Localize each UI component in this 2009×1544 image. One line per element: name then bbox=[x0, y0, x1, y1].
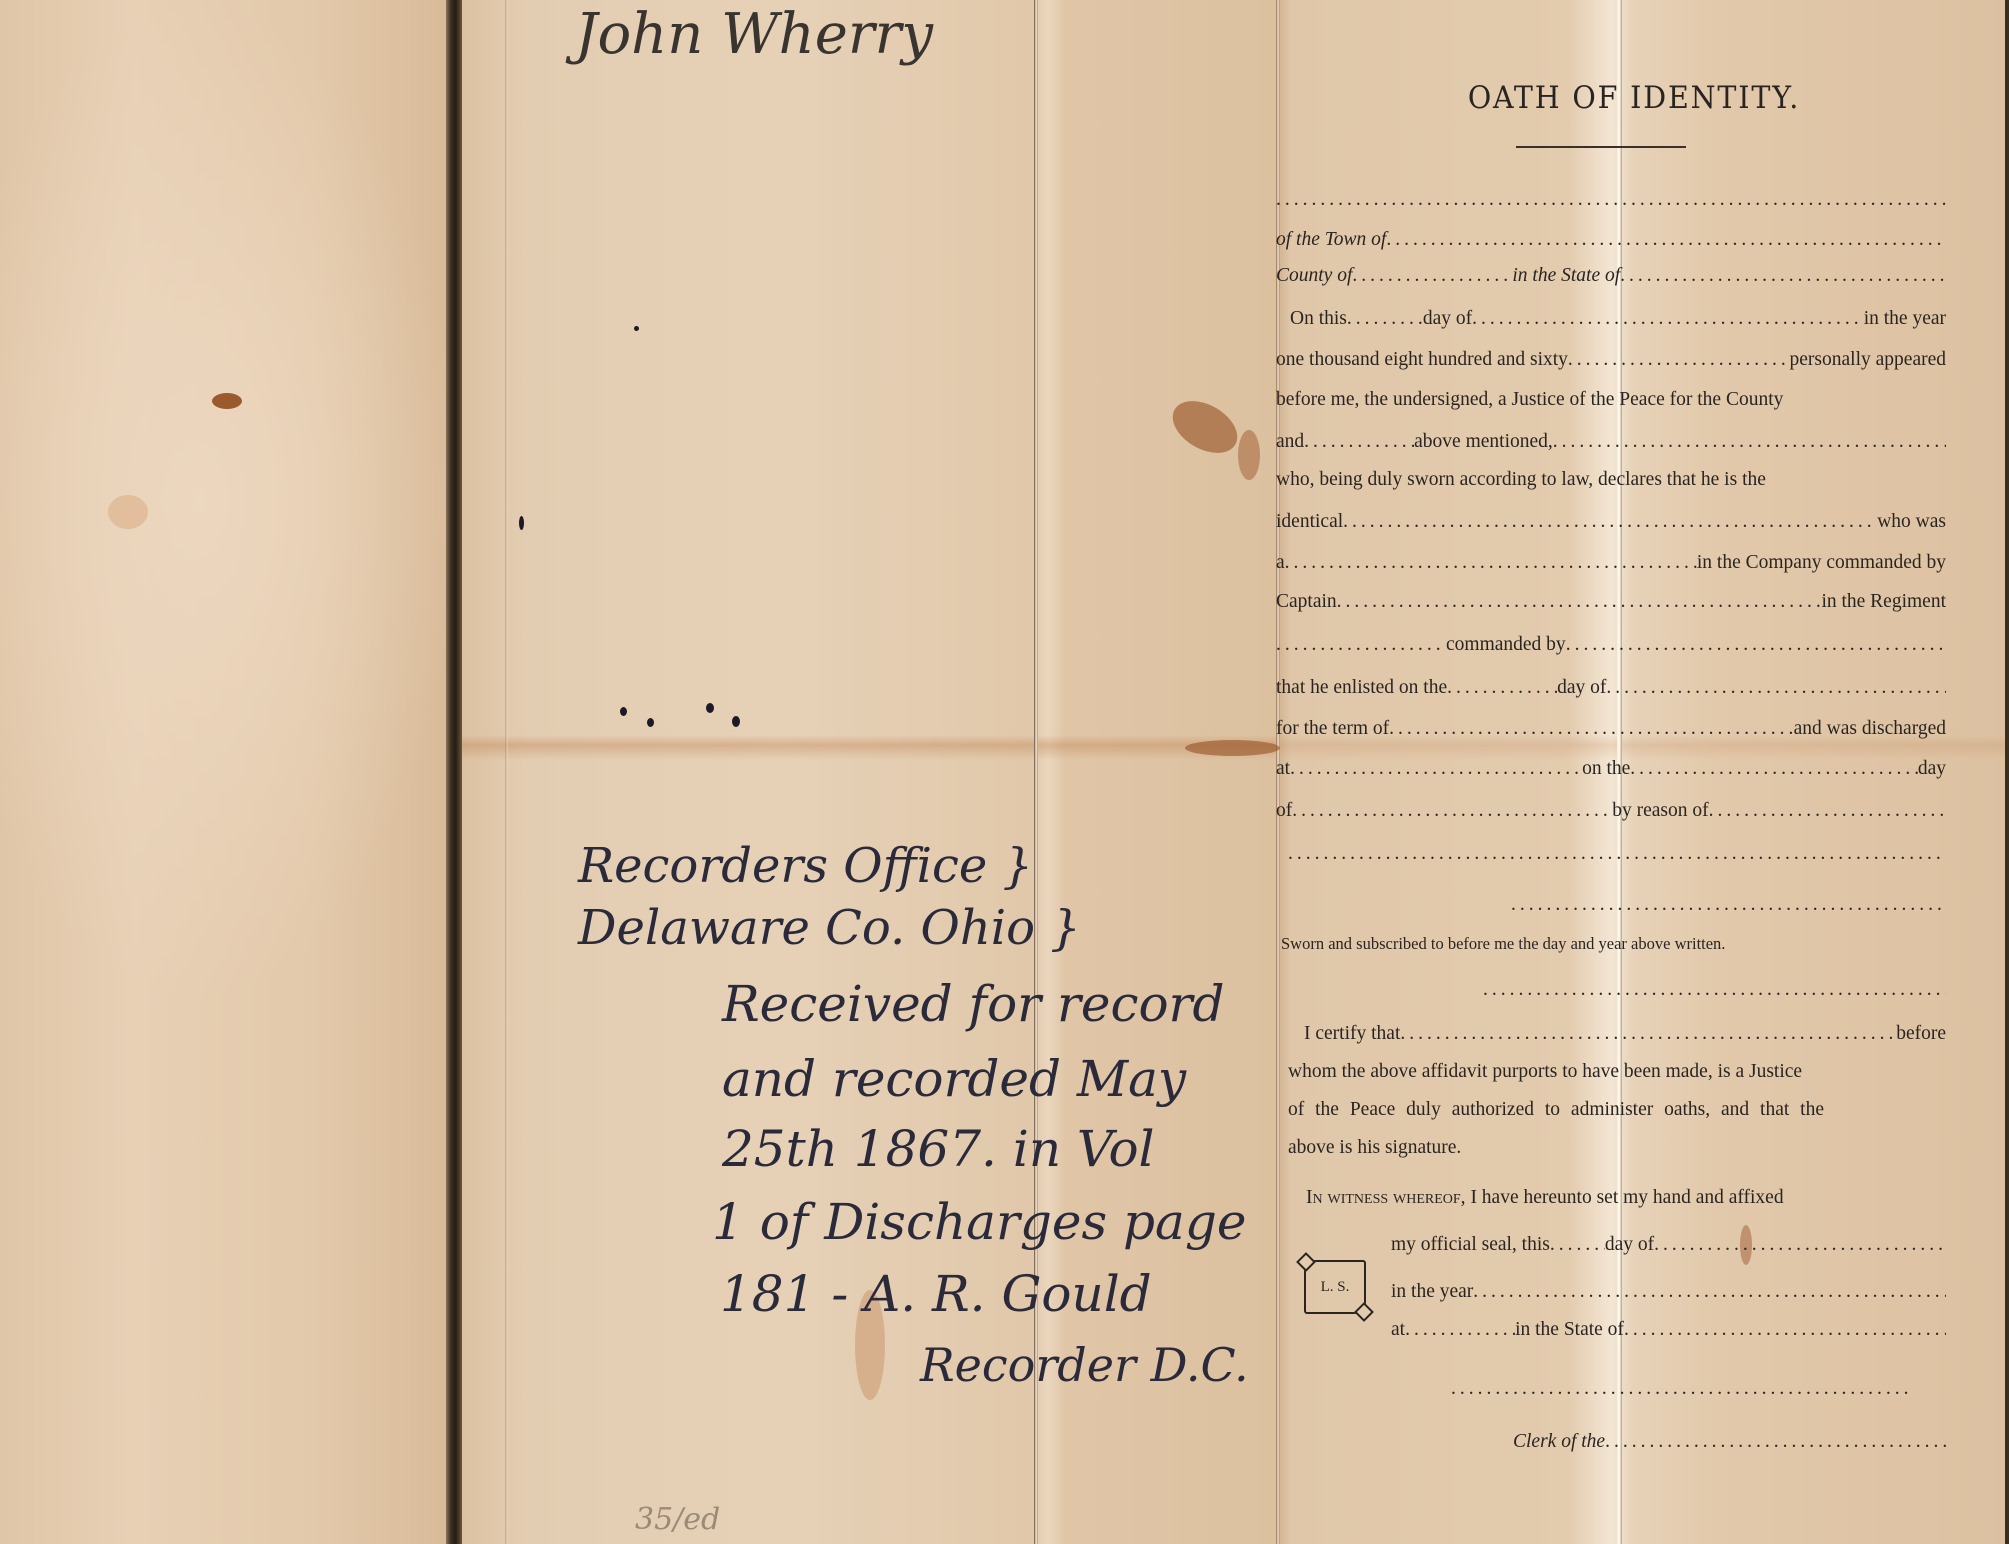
seal-line: atin the State of bbox=[1391, 1318, 1946, 1342]
form-line-at: aton theday bbox=[1276, 757, 1946, 781]
blank-field bbox=[1568, 348, 1790, 372]
blank-field bbox=[1337, 590, 1822, 614]
form-line-term: for the term ofand was discharged bbox=[1276, 717, 1946, 741]
blank-field bbox=[1566, 633, 1946, 657]
label: I have hereunto set my hand and affixed bbox=[1466, 1187, 1784, 1208]
label: before bbox=[1896, 1022, 1946, 1046]
blank-field bbox=[1343, 510, 1877, 534]
signature-line bbox=[1451, 1377, 1911, 1401]
blank-field bbox=[1654, 1233, 1946, 1257]
blank-field bbox=[1630, 757, 1918, 781]
form-line-identical: identicalwho was bbox=[1276, 510, 1946, 534]
form-line-text: before me, the undersigned, a Justice of… bbox=[1276, 388, 1946, 412]
label: one thousand eight hundred and sixty bbox=[1276, 348, 1568, 372]
blank-field bbox=[1288, 842, 1946, 866]
form-line-captain: Captainin the Regiment bbox=[1276, 590, 1946, 614]
label: and bbox=[1276, 430, 1304, 454]
form-line-name bbox=[1276, 188, 1946, 212]
label: of the Town of bbox=[1276, 228, 1386, 252]
label: for the term of bbox=[1276, 717, 1389, 741]
witness-line: In witness whereof, I have hereunto set … bbox=[1306, 1186, 1946, 1210]
label: identical bbox=[1276, 510, 1343, 534]
blank-field bbox=[1473, 1280, 1946, 1304]
blank-field bbox=[1620, 264, 1946, 288]
seal-line: in the year bbox=[1391, 1280, 1946, 1304]
form-title: OATH OF IDENTITY. bbox=[1340, 80, 1929, 116]
blank-field bbox=[1553, 430, 1946, 454]
certify-text: of the Peace duly authorized to administ… bbox=[1288, 1098, 1946, 1122]
label: In witness whereof, bbox=[1306, 1187, 1466, 1208]
label: day of bbox=[1423, 307, 1472, 331]
label: Captain bbox=[1276, 590, 1337, 614]
oath-form: OATH OF IDENTITY. of the Town of County … bbox=[1276, 0, 2006, 1544]
label: personally appeared bbox=[1790, 348, 1946, 372]
certify-text: whom the above affidavit purports to hav… bbox=[1288, 1060, 1946, 1084]
label: that he enlisted on the bbox=[1276, 676, 1447, 700]
label: of bbox=[1276, 799, 1292, 823]
ink-spot bbox=[620, 707, 627, 716]
signature-line bbox=[1483, 978, 1946, 1002]
fold-line bbox=[505, 0, 508, 1544]
title-rule bbox=[1516, 146, 1686, 148]
form-line-reason: ofby reason of bbox=[1276, 799, 1946, 823]
ink-spot bbox=[732, 716, 740, 727]
seal-line: my official seal, thisday of bbox=[1391, 1233, 1946, 1257]
label: in the State of bbox=[1515, 1318, 1624, 1342]
certify-text: above is his signature. bbox=[1288, 1136, 1946, 1160]
blank-field bbox=[1451, 1377, 1911, 1401]
label: day of bbox=[1605, 1233, 1654, 1257]
form-line-and: andabove mentioned, bbox=[1276, 430, 1946, 454]
handwritten-recorder-line: 1 of Discharges page bbox=[712, 1193, 1246, 1251]
label: I certify that bbox=[1304, 1022, 1400, 1046]
seal-box: L. S. bbox=[1304, 1260, 1366, 1314]
label: above mentioned, bbox=[1414, 430, 1553, 454]
label: in the Regiment bbox=[1821, 590, 1946, 614]
form-line-company: ain the Company commanded by bbox=[1276, 551, 1946, 575]
form-line-county: County ofin the State of bbox=[1276, 264, 1946, 288]
blank-field bbox=[1405, 1318, 1515, 1342]
blank-field bbox=[1285, 551, 1697, 575]
label: in the year bbox=[1864, 307, 1946, 331]
label: at bbox=[1276, 757, 1290, 781]
blank-field bbox=[1389, 717, 1793, 741]
handwritten-recorder-line: Recorder D.C. bbox=[920, 1338, 1249, 1392]
blank-field bbox=[1483, 978, 1946, 1002]
blank-field bbox=[1386, 228, 1946, 252]
pencil-note: 35/ed bbox=[635, 1502, 720, 1537]
handwritten-recorder-line: 181 - A. R. Gould bbox=[720, 1265, 1152, 1323]
form-line-commanded: commanded by bbox=[1276, 633, 1946, 657]
blank-field bbox=[1511, 893, 1946, 917]
rust-stain bbox=[212, 393, 242, 409]
blank-field bbox=[1550, 1233, 1605, 1257]
label: and was discharged bbox=[1794, 717, 1946, 741]
blank-field bbox=[1606, 676, 1946, 700]
blank-field bbox=[1276, 188, 1946, 212]
fold-gap bbox=[446, 0, 462, 1544]
label: day bbox=[1918, 757, 1946, 781]
label: commanded by bbox=[1446, 633, 1566, 657]
label: On this bbox=[1290, 307, 1347, 331]
blank-field bbox=[1292, 799, 1612, 823]
blank-field bbox=[1290, 757, 1582, 781]
blank-field bbox=[1447, 676, 1557, 700]
ink-spot bbox=[634, 326, 639, 331]
blank-field bbox=[1472, 307, 1864, 331]
label: day of bbox=[1557, 676, 1606, 700]
blank-field bbox=[1347, 307, 1423, 331]
form-line-town: of the Town of bbox=[1276, 228, 1946, 252]
blank-field bbox=[1709, 799, 1946, 823]
sworn-statement: Sworn and subscribed to before me the da… bbox=[1281, 932, 1946, 956]
label: at bbox=[1391, 1318, 1405, 1342]
handwritten-recorder-line: and recorded May bbox=[722, 1050, 1186, 1108]
form-line-blank bbox=[1511, 893, 1946, 917]
blank-field bbox=[1624, 1318, 1946, 1342]
handwritten-recorder-line: Recorders Office } bbox=[578, 838, 1033, 894]
blank-field bbox=[1304, 430, 1414, 454]
ink-spot bbox=[706, 703, 714, 713]
handwritten-name: John Wherry bbox=[575, 2, 933, 67]
ink-spot bbox=[519, 516, 524, 530]
label: a bbox=[1276, 551, 1285, 575]
blank-field bbox=[1605, 1430, 1946, 1454]
rust-stain bbox=[1185, 740, 1280, 756]
form-line-enlisted: that he enlisted on theday of bbox=[1276, 676, 1946, 700]
label: by reason of bbox=[1612, 799, 1708, 823]
label: in the State of bbox=[1512, 264, 1620, 288]
form-line-certify: I certify thatbefore bbox=[1304, 1022, 1946, 1046]
seal-label: L. S. bbox=[1321, 1279, 1350, 1296]
ink-spot bbox=[647, 718, 654, 727]
blank-field bbox=[1352, 264, 1512, 288]
form-line-year: one thousand eight hundred and sixtypers… bbox=[1276, 348, 1946, 372]
form-line-blank bbox=[1288, 842, 1946, 866]
handwritten-recorder-line: Delaware Co. Ohio } bbox=[578, 900, 1081, 956]
label: County of bbox=[1276, 264, 1352, 288]
label: who was bbox=[1877, 510, 1946, 534]
blank-field bbox=[1276, 633, 1446, 657]
label: in the Company commanded by bbox=[1697, 551, 1946, 575]
stain bbox=[108, 495, 148, 529]
left-blank-panel bbox=[0, 0, 446, 1544]
clerk-line: Clerk of the bbox=[1513, 1430, 1946, 1454]
handwritten-recorder-line: 25th 1867. in Vol bbox=[722, 1120, 1155, 1178]
label: Clerk of the bbox=[1513, 1430, 1605, 1454]
label: on the bbox=[1582, 757, 1630, 781]
blank-field bbox=[1400, 1022, 1896, 1046]
label: in the year bbox=[1391, 1280, 1473, 1304]
form-line-text: who, being duly sworn according to law, … bbox=[1276, 468, 1946, 492]
rust-stain bbox=[1238, 430, 1260, 480]
label: my official seal, this bbox=[1391, 1233, 1550, 1257]
form-line-date: On thisday ofin the year bbox=[1290, 307, 1946, 331]
handwritten-recorder-line: Received for record bbox=[722, 975, 1224, 1033]
